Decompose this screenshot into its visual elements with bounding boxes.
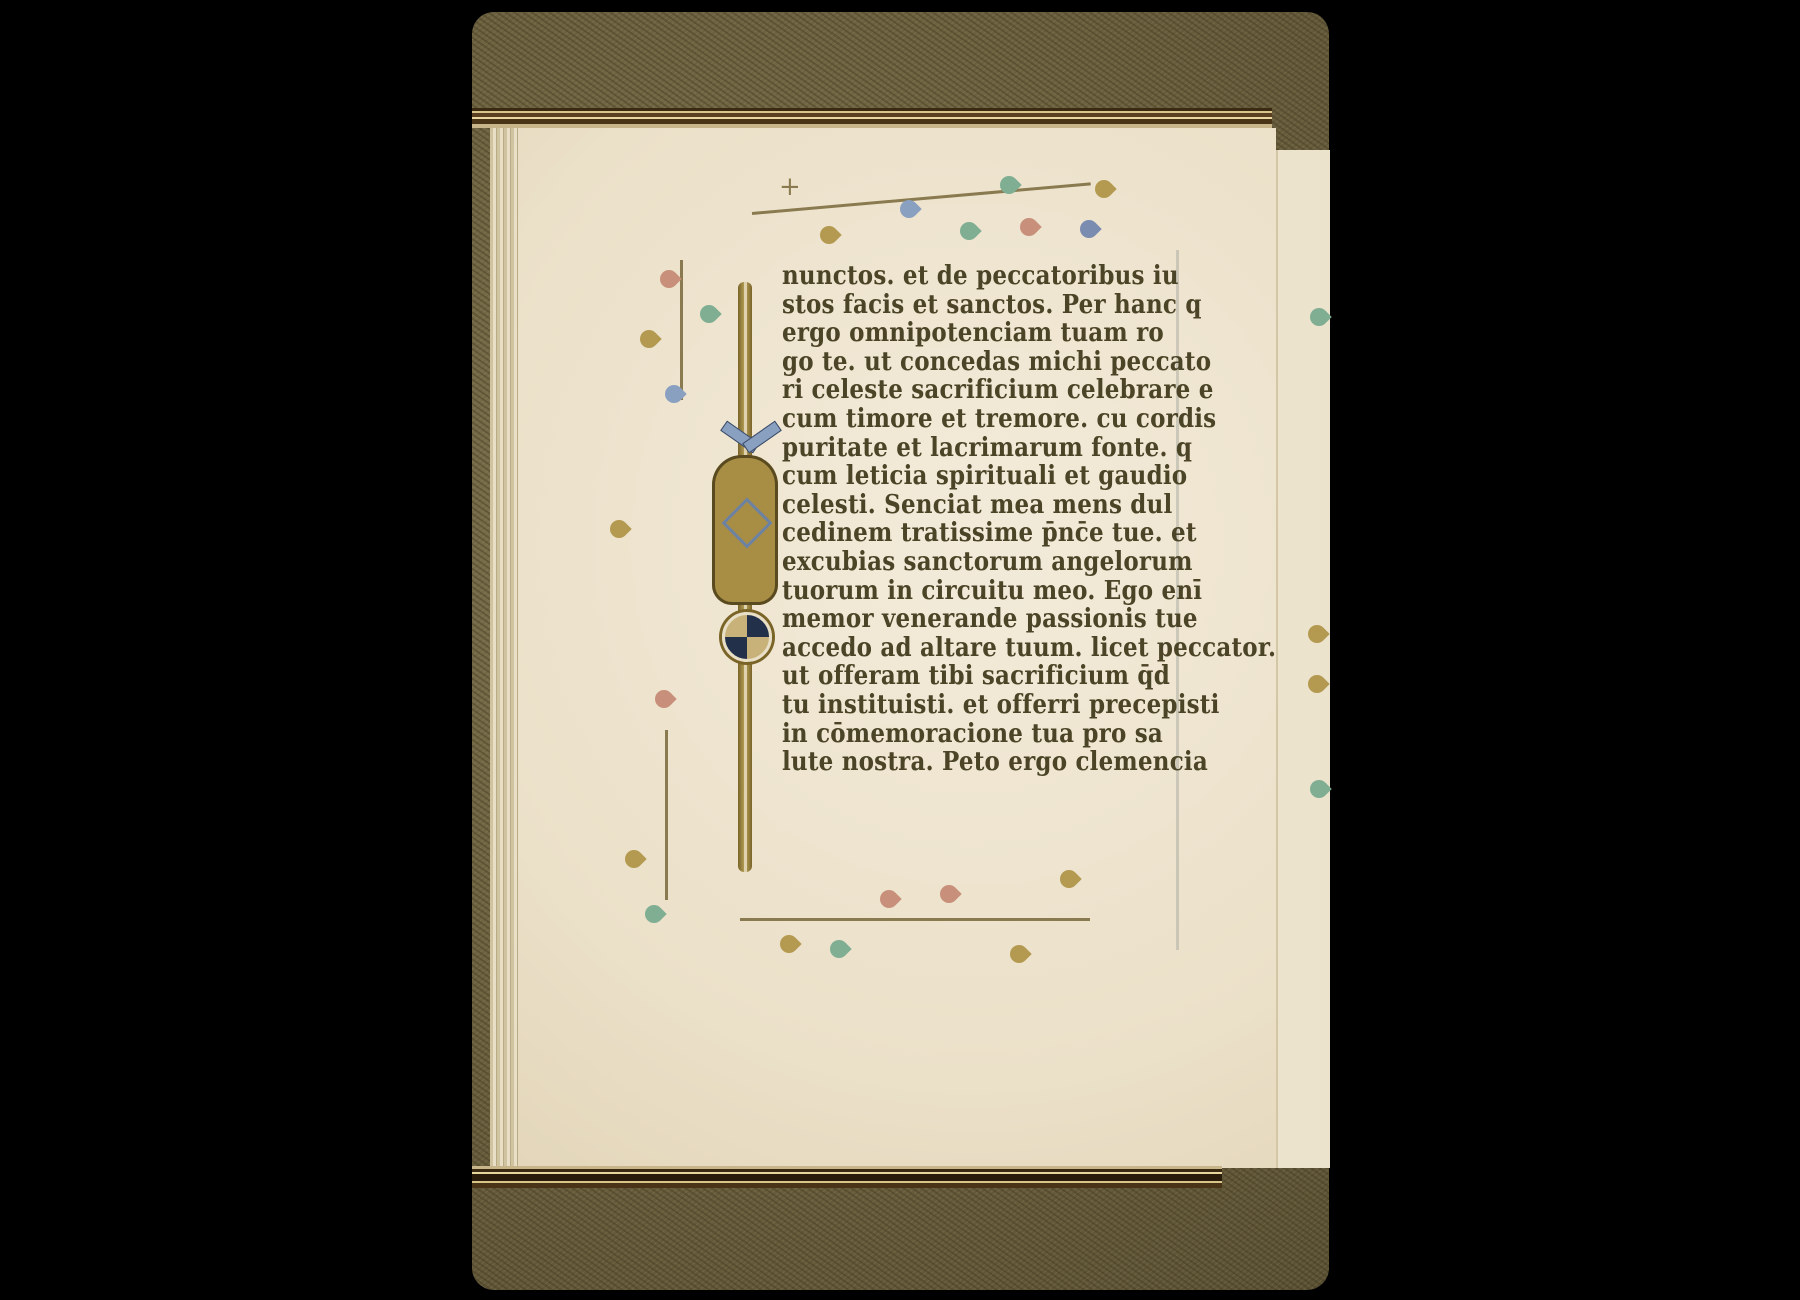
checkered-roundel (722, 612, 772, 662)
text-line: cedinem tratissime p̄nc̄e tue. et (782, 518, 1162, 550)
text-line: in cōmemoracione tua pro sa (782, 718, 1162, 750)
text-line: tuorum in circuitu meo. Ego enī (782, 575, 1162, 607)
gilded-bottom-edge (472, 1166, 1222, 1188)
text-line: cum leticia spirituali et gaudio (782, 460, 1162, 492)
text-line: ergo omnipotenciam tuam ro (782, 317, 1162, 349)
cross-finial-icon: + (779, 172, 801, 202)
text-line: go te. ut concedas michi peccato (782, 346, 1162, 378)
lower-left-vine (665, 730, 668, 900)
gilded-top-edge (472, 108, 1272, 128)
text-line: ri celeste sacrificium celebrare e (782, 375, 1162, 407)
text-line: puritate et lacrimarum fonte. q (782, 432, 1162, 464)
text-line: celesti. Senciat mea mens dul (782, 489, 1162, 521)
text-line: excubias sanctorum angelorum (782, 546, 1162, 578)
text-line: cum timore et tremore. cu cordis (782, 403, 1162, 435)
text-line: lute nostra. Peto ergo clemencia (782, 746, 1162, 778)
crossed-keys-icon (720, 425, 780, 447)
text-line: ut offeram tibi sacrificium q̄d (782, 661, 1162, 693)
text-line: tu instituisti. et offerri precepisti (782, 689, 1162, 721)
facing-page-strip (1276, 150, 1330, 1168)
text-line: accedo ad altare tuum. licet peccator. (782, 632, 1162, 664)
left-vine (680, 260, 683, 400)
text-line: memor venerande passionis tue (782, 603, 1162, 635)
manuscript-text: nunctos. et de peccatoribus iu stos faci… (782, 262, 1162, 777)
bottom-vine (740, 918, 1090, 921)
page-edges (490, 128, 520, 1168)
text-line: nunctos. et de peccatoribus iu (782, 260, 1162, 292)
text-line: stos facis et sanctos. Per hanc q (782, 289, 1162, 321)
